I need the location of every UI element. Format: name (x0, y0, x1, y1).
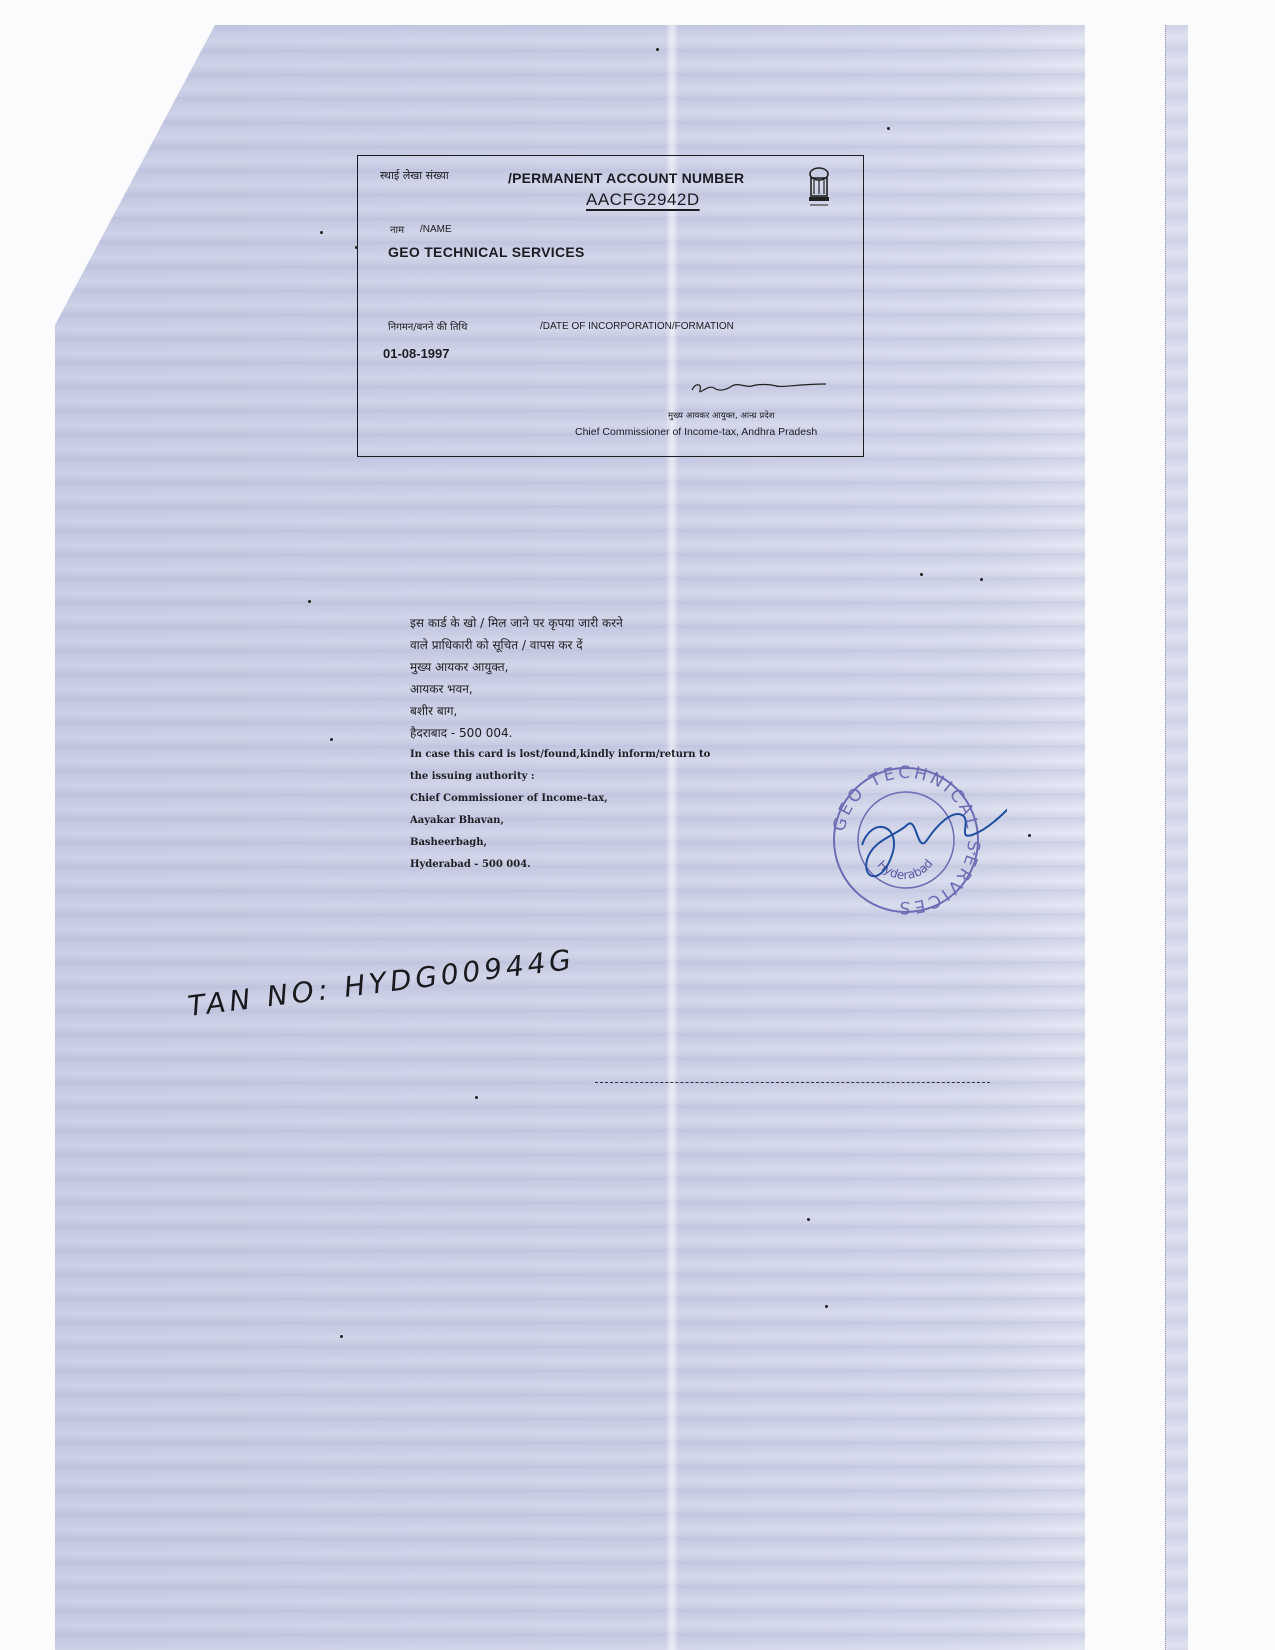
signature-dashed-line (595, 1082, 990, 1083)
pan-number: AACFG2942D (586, 190, 700, 210)
scan-speck (320, 231, 323, 234)
scan-edge-strip (1165, 25, 1188, 1650)
address-english-line: the issuing authority : (410, 766, 710, 788)
pan-card: स्थाई लेखा संख्या /PERMANENT ACCOUNT NUM… (357, 155, 864, 457)
scan-speck (825, 1305, 828, 1308)
scan-speck (475, 1096, 478, 1099)
address-english-line: In case this card is lost/found,kindly i… (410, 744, 710, 766)
return-address: इस कार्ड के खो / मिल जाने पर कृपया जारी … (410, 612, 710, 876)
scan-speck (340, 1335, 343, 1338)
address-english-line: Basheerbagh, (410, 832, 710, 854)
scan-speck (330, 738, 333, 741)
scan-speck (308, 600, 311, 603)
scan-speck (355, 246, 358, 249)
address-hindi-line: बशीर बाग, (410, 700, 710, 722)
address-english-line: Aayakar Bhavan, (410, 810, 710, 832)
date-label-english: /DATE OF INCORPORATION/FORMATION (540, 321, 734, 332)
svg-text:GEO TECHNICAL SERVICES: GEO TECHNICAL SERVICES (829, 763, 983, 917)
scan-speck (980, 578, 983, 581)
scan-speck (887, 127, 890, 130)
issuer-english: Chief Commissioner of Income-tax, Andhra… (575, 426, 817, 438)
issuer-hindi: मुख्य आयकर आयुक्त, आन्ध्र प्रदेश (668, 410, 775, 421)
company-seal-stamp: GEO TECHNICAL SERVICES Hyderabad * (822, 760, 1007, 920)
address-hindi-line: इस कार्ड के खो / मिल जाने पर कृपया जारी … (410, 612, 710, 634)
pan-label-english: /PERMANENT ACCOUNT NUMBER (508, 170, 744, 186)
pan-label-hindi: स्थाई लेखा संख्या (380, 168, 449, 183)
address-hindi-line: आयकर भवन, (410, 678, 710, 700)
address-hindi-line: हैदराबाद - 500 004. (410, 722, 710, 744)
address-english-line: Hyderabad - 500 004. (410, 854, 710, 876)
scan-speck (920, 573, 923, 576)
address-hindi-line: वाले प्राधिकारी को सूचित / वापस कर दें (410, 634, 710, 656)
address-english-line: Chief Commissioner of Income-tax, (410, 788, 710, 810)
signature (688, 378, 828, 396)
national-emblem-icon (806, 166, 832, 210)
name-label-hindi: नाम (390, 222, 404, 236)
holder-name: GEO TECHNICAL SERVICES (388, 244, 585, 260)
name-label-english: /NAME (420, 224, 452, 235)
svg-text:*: * (972, 849, 977, 863)
address-hindi-line: मुख्य आयकर आयुक्त, (410, 656, 710, 678)
scan-speck (656, 48, 659, 51)
scan-speck (1028, 834, 1031, 837)
scan-speck (807, 1218, 810, 1221)
date-label-hindi: निगमन/बनने की तिथि (388, 319, 467, 333)
incorporation-date: 01-08-1997 (383, 346, 450, 361)
